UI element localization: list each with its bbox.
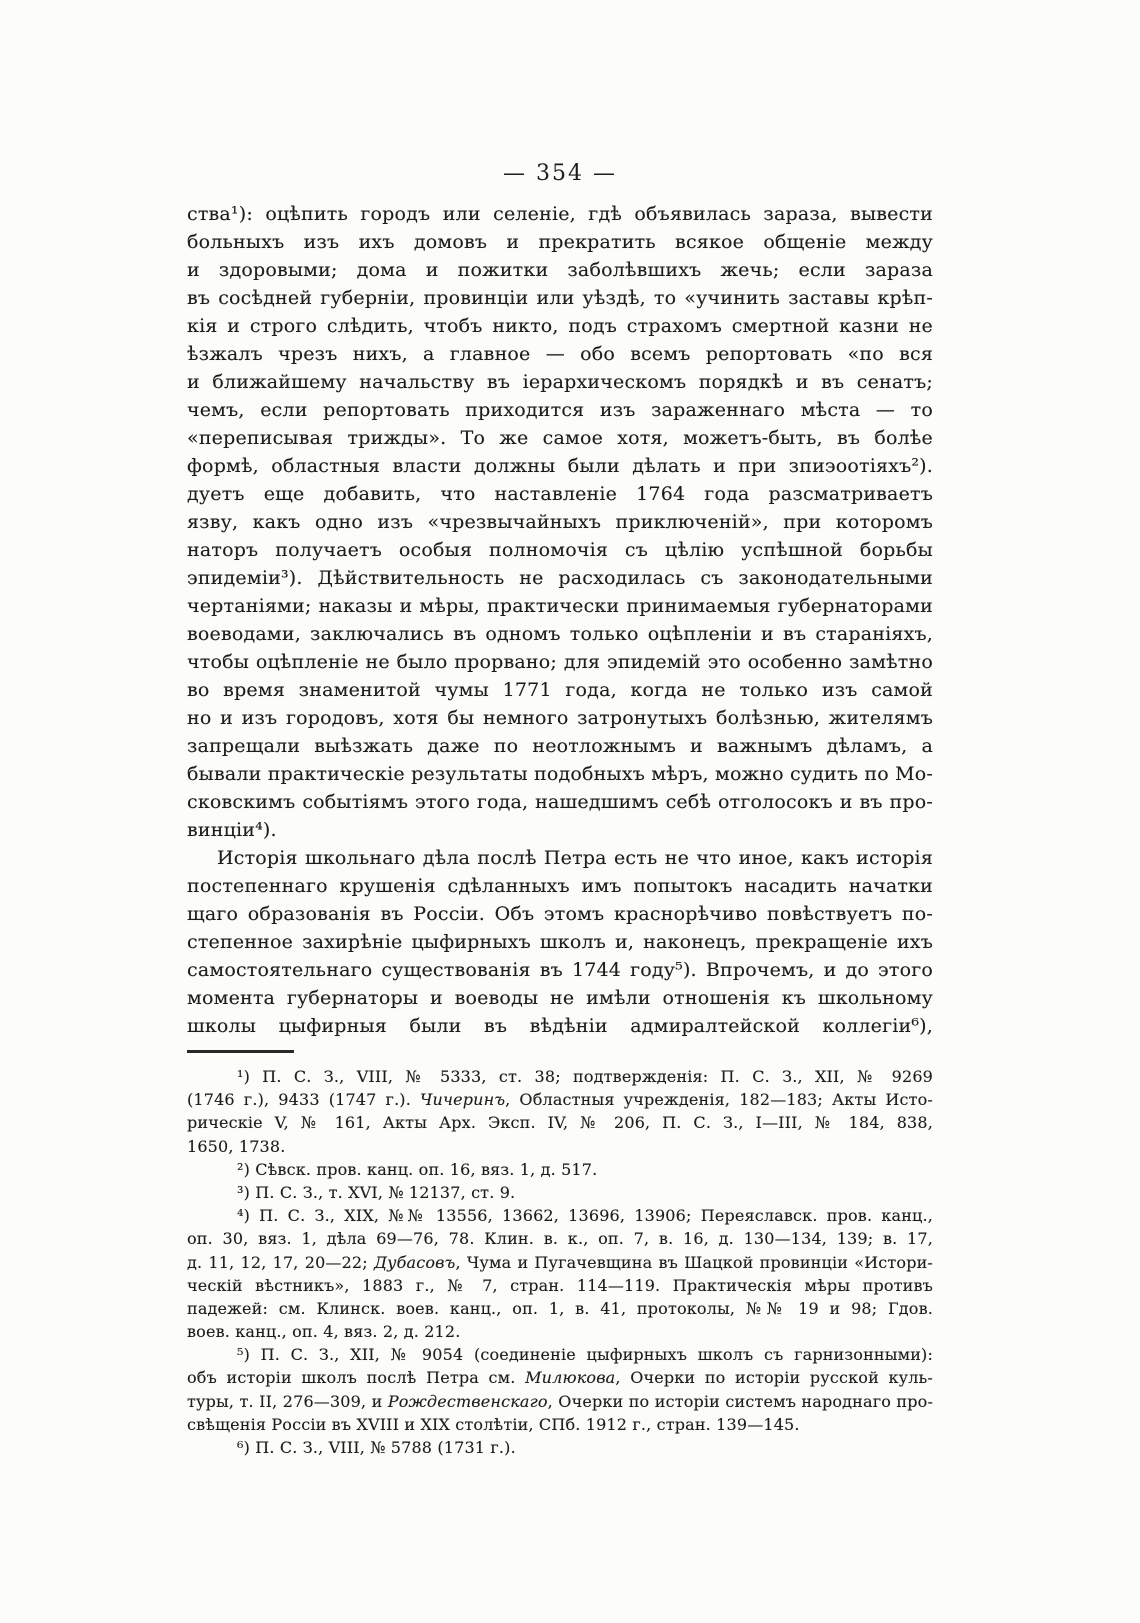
footnotes: ¹) П. С. З., VIII, № 5333, ст. 38; подтв… [187, 1065, 933, 1459]
text-line: школы цыфирныя были въ вѣдѣніи адмиралте… [187, 1012, 933, 1040]
footnote: ⁶) П. С. З., VIII, № 5788 (1731 г.). [187, 1436, 933, 1459]
footnote: ²) Сѣвск. пров. канц. оп. 16, вяз. 1, д.… [187, 1158, 933, 1181]
footnote: ⁴) П. С. З., XIX, №№ 13556, 13662, 13696… [187, 1204, 933, 1343]
text-line: ѣзжалъ чрезъ нихъ, а главное — обо всемъ… [187, 340, 933, 368]
paragraph: ства¹): оцѣпить городъ или селеніе, гдѣ … [187, 200, 933, 844]
text-line: (1746 г.), 9433 (1747 г.). Чичеринъ, Обл… [187, 1088, 933, 1111]
text-line: эпидеміи³). Дѣйствительность не расходил… [187, 564, 933, 592]
text-line: воев. канц., оп. 4, вяз. 2, д. 212. [187, 1320, 933, 1343]
text-line: и здоровыми; дома и пожитки заболѣвшихъ … [187, 256, 933, 284]
footnote: ³) П. С. З., т. XVI, № 12137, ст. 9. [187, 1181, 933, 1204]
text-line: падежей: см. Клинск. воев. канц., оп. 1,… [187, 1297, 933, 1320]
text-line: самостоятельнаго существованія въ 1744 г… [187, 956, 933, 984]
text-line: щаго образованія въ Россіи. Объ этомъ кр… [187, 900, 933, 928]
text-line: больныхъ изъ ихъ домовъ и прекратить вся… [187, 228, 933, 256]
text-line: чемъ, если репортовать приходится изъ за… [187, 396, 933, 424]
footnote-separator [187, 1050, 294, 1053]
text-line: ческій вѣстникъ», 1883 г., № 7, стран. 1… [187, 1274, 933, 1297]
text-line: чтобы оцѣпленіе не было прорвано; для эп… [187, 648, 933, 676]
text-line: чертаніями; наказы и мѣры, практически п… [187, 592, 933, 620]
text-line: язву, какъ одно изъ «чрезвычайныхъ прикл… [187, 508, 933, 536]
text-line: рическіе V, № 161, Акты Арх. Эксп. IV, №… [187, 1111, 933, 1134]
text-line: постепеннаго крушенія сдѣланныхъ имъ поп… [187, 872, 933, 900]
text-line: д. 11, 12, 17, 20—22; Дубасовъ, Чума и П… [187, 1251, 933, 1274]
text-line: ⁶) П. С. З., VIII, № 5788 (1731 г.). [187, 1436, 933, 1459]
text-line: и ближайшему начальству въ іерархическом… [187, 368, 933, 396]
text-line: воеводами, заключались въ одномъ только … [187, 620, 933, 648]
text-line: 1650, 1738. [187, 1135, 933, 1158]
text-line: кія и строго слѣдить, чтобъ никто, подъ … [187, 312, 933, 340]
text-line: формѣ, областныя власти должны были дѣла… [187, 452, 933, 480]
page: — 354 — ства¹): оцѣпить городъ или селен… [0, 0, 1140, 1623]
text-line: ⁴) П. С. З., XIX, №№ 13556, 13662, 13696… [187, 1204, 933, 1227]
text-line: ства¹): оцѣпить городъ или селеніе, гдѣ … [187, 200, 933, 228]
text-line: ¹) П. С. З., VIII, № 5333, ст. 38; подтв… [187, 1065, 933, 1088]
text-line: но и изъ городовъ, хотя бы немного затро… [187, 704, 933, 732]
text-line: дуетъ еще добавить, что наставленіе 1764… [187, 480, 933, 508]
text-line: ³) П. С. З., т. XVI, № 12137, ст. 9. [187, 1181, 933, 1204]
footnote: ⁵) П. С. З., XII, № 9054 (соединеніе цыф… [187, 1343, 933, 1436]
text-line: оп. 30, вяз. 1, дѣла 69—76, 78. Клин. в.… [187, 1227, 933, 1250]
text-line: въ сосѣдней губерніи, провинціи или уѣзд… [187, 284, 933, 312]
text-line: момента губернаторы и воеводы не имѣли о… [187, 984, 933, 1012]
text-line: во время знаменитой чумы 1771 года, когд… [187, 676, 933, 704]
text-line: ²) Сѣвск. пров. канц. оп. 16, вяз. 1, д.… [187, 1158, 933, 1181]
text-line: туры, т. II, 276—309, и Рождественскаго,… [187, 1390, 933, 1413]
text-line: запрещали выѣзжать даже по неотложнымъ и… [187, 732, 933, 760]
text-line: степенное захирѣніе цыфирныхъ школъ и, н… [187, 928, 933, 956]
paragraph: Исторія школьнаго дѣла послѣ Петра есть … [187, 844, 933, 1040]
text-line: свѣщенія Россіи въ XVIII и XIX столѣтіи,… [187, 1413, 933, 1436]
text-block: — 354 — ства¹): оцѣпить городъ или селен… [187, 160, 933, 1459]
text-line: наторъ получаетъ особыя полномочія съ цѣ… [187, 536, 933, 564]
page-number: — 354 — [187, 160, 933, 188]
text-line: «переписывая трижды». То же самое хотя, … [187, 424, 933, 452]
text-line: ⁵) П. С. З., XII, № 9054 (соединеніе цыф… [187, 1343, 933, 1366]
text-line: винціи⁴). [187, 816, 933, 844]
main-text: ства¹): оцѣпить городъ или селеніе, гдѣ … [187, 200, 933, 1040]
text-line: бывали практическіе результаты подобныхъ… [187, 760, 933, 788]
text-line: объ исторіи школъ послѣ Петра см. Милюко… [187, 1366, 933, 1389]
footnote: ¹) П. С. З., VIII, № 5333, ст. 38; подтв… [187, 1065, 933, 1158]
text-line: сковскимъ событіямъ этого года, нашедшим… [187, 788, 933, 816]
text-line: Исторія школьнаго дѣла послѣ Петра есть … [187, 844, 933, 872]
